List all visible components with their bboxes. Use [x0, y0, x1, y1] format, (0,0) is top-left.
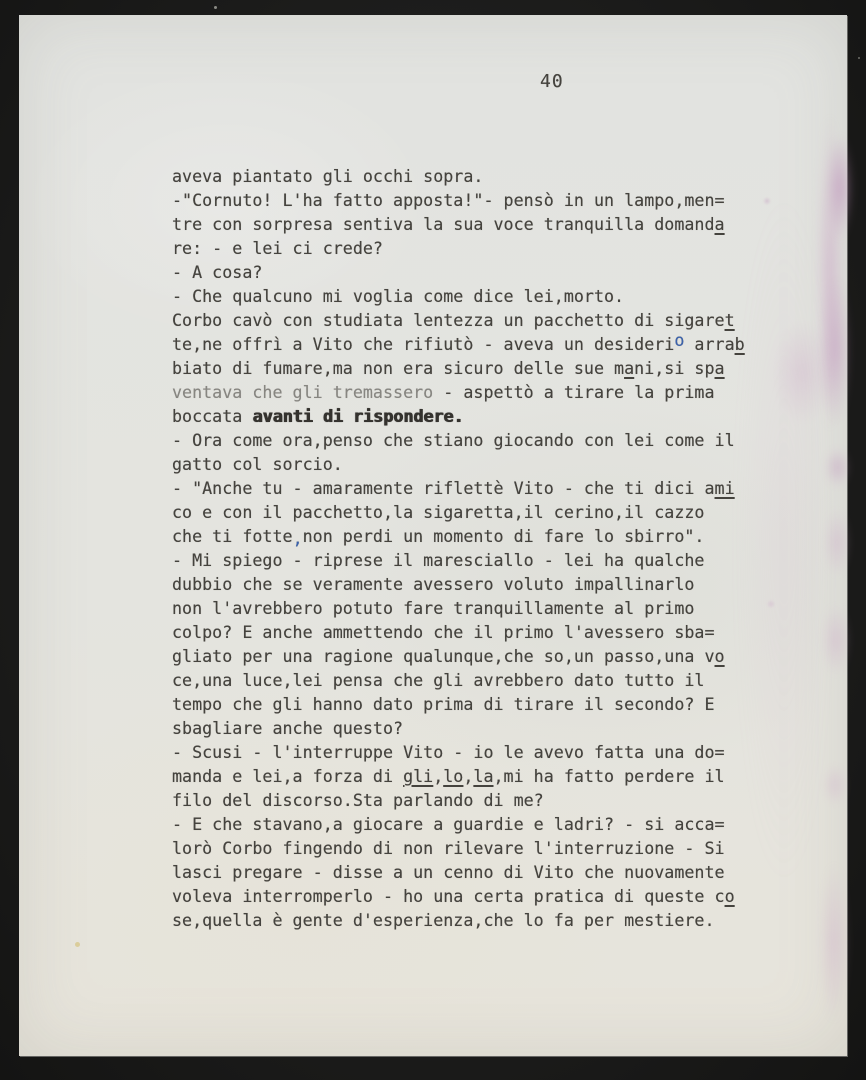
- text-line: ce,una luce,lei pensa che gli avrebbero …: [172, 668, 745, 692]
- ink-stain: [820, 440, 855, 495]
- text-line: dubbio che se veramente avessero voluto …: [172, 572, 745, 596]
- text-line: manda e lei,a forza di gli,lo,la,mi ha f…: [172, 764, 745, 788]
- text-line: lasci pregare - disse a un cenno di Vito…: [172, 860, 745, 884]
- text-line: sbagliare anche questo?: [172, 716, 745, 740]
- dust-speck: [858, 57, 860, 59]
- text-line: non l'avrebbero potuto fare tranquillame…: [172, 596, 745, 620]
- document-page: 40 aveva piantato gli occhi sopra.-"Corn…: [19, 15, 847, 1056]
- text-line: tre con sorpresa sentiva la sua voce tra…: [172, 212, 745, 236]
- ink-stain: [818, 755, 852, 815]
- ink-stain: [810, 50, 850, 495]
- ink-stain: [760, 300, 845, 445]
- text-line: - Che qualcuno mi voglia come dice lei,m…: [172, 284, 745, 308]
- ink-stain: [822, 115, 858, 260]
- text-line: voleva interromperlo - ho una certa prat…: [172, 884, 745, 908]
- text-line: - E che stavano,a giocare a guardie e la…: [172, 812, 745, 836]
- ink-stain: [812, 830, 856, 1055]
- text-line: filo del discorso.Sta parlando di me?: [172, 788, 745, 812]
- text-line: - Scusi - l'interruppe Vito - io le avev…: [172, 740, 745, 764]
- ink-stain: [815, 245, 857, 455]
- text-line: Corbo cavò con studiata lentezza un pacc…: [172, 308, 745, 332]
- text-line: re: - e lei ci crede?: [172, 236, 745, 260]
- ink-stain: [818, 495, 856, 590]
- text-line: boccata avanti di rispondere.: [172, 404, 745, 428]
- text-line: se,quella è gente d'esperienza,che lo fa…: [172, 908, 745, 932]
- text-line: - Ora come ora,penso che stiano giocando…: [172, 428, 745, 452]
- paper-speck: [75, 942, 80, 947]
- text-line: biato di fumare,ma non era sicuro delle …: [172, 356, 745, 380]
- text-line: ventava che gli tremassero - aspettò a t…: [172, 380, 745, 404]
- text-line: te,ne offrì a Vito che rifiutò - aveva u…: [172, 332, 745, 356]
- ink-stain: [762, 196, 772, 206]
- ink-stain: [815, 590, 857, 690]
- text-line: colpo? E anche ammettendo che il primo l…: [172, 620, 745, 644]
- text-line: gliato per una ragione qualunque,che so,…: [172, 644, 745, 668]
- text-line: - Mi spiego - riprese il maresciallo - l…: [172, 548, 745, 572]
- scanned-photo: { "document": { "kind": "typewritten-man…: [0, 0, 866, 1080]
- text-line: co e con il pacchetto,la sigaretta,il ce…: [172, 500, 745, 524]
- text-line: -"Cornuto! L'ha fatto apposta!"- pensò i…: [172, 188, 745, 212]
- typewritten-text: aveva piantato gli occhi sopra.-"Cornuto…: [172, 164, 745, 932]
- text-line: che ti fotte,non perdi un momento di far…: [172, 524, 745, 548]
- dust-speck: [214, 6, 217, 9]
- text-line: gatto col sorcio.: [172, 452, 745, 476]
- text-line: - "Anche tu - amaramente riflettè Vito -…: [172, 476, 745, 500]
- text-line: tempo che gli hanno dato prima di tirare…: [172, 692, 745, 716]
- text-line: - A cosa?: [172, 260, 745, 284]
- text-line: lorò Corbo fingendo di non rilevare l'in…: [172, 836, 745, 860]
- text-line: aveva piantato gli occhi sopra.: [172, 164, 745, 188]
- page-number: 40: [540, 71, 564, 92]
- ink-stain: [765, 598, 777, 610]
